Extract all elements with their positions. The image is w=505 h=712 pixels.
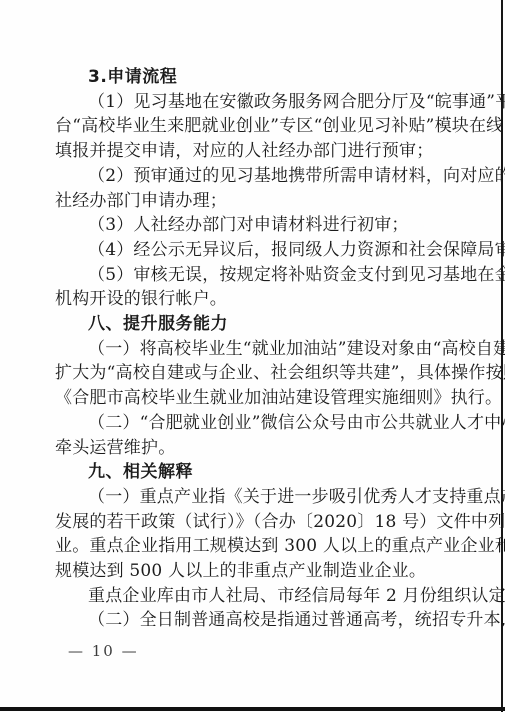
text-line: 机构开设的银行帐户。 — [55, 287, 467, 312]
text-line: 填报并提交申请，对应的人社经办部门进行预审； — [55, 139, 467, 164]
text-line: 八、提升服务能力 — [55, 312, 467, 337]
text-line: （一）将高校毕业生“就业加油站”建设对象由“高校自建” — [55, 337, 467, 362]
scan-edge-bottom — [0, 707, 505, 711]
text-line: 社经办部门申请办理； — [55, 189, 467, 214]
text-line: 台“高校毕业生来肥就业创业”专区“创业见习补贴”模块在线 — [55, 114, 467, 139]
text-line: 规模达到 500 人以上的非重点产业制造业企业。 — [55, 559, 467, 584]
page-number: — 10 — — [68, 642, 139, 660]
scanned-document-page: 3.申请流程（1）见习基地在安徽政务服务网合肥分厅及“皖事通”平台“高校毕业生来… — [0, 0, 505, 712]
text-line: 3.申请流程 — [55, 65, 467, 90]
text-line: 发展的若干政策（试行）》（合办〔2020〕18 号）文件中列举的产 — [55, 510, 467, 535]
text-line: （4）经公示无异议后，报同级人力资源和社会保障局审核； — [55, 238, 467, 263]
text-line: 九、相关解释 — [55, 460, 467, 485]
text-line: 业。重点企业指用工规模达到 300 人以上的重点产业企业和用工 — [55, 534, 467, 559]
text-line: 扩大为“高校自建或与企业、社会组织等共建”，具体操作按照 — [55, 361, 467, 386]
text-line: 《合肥市高校毕业生就业加油站建设管理实施细则》执行。 — [55, 386, 467, 411]
text-line: （一）重点产业指《关于进一步吸引优秀人才支持重点产业 — [55, 485, 467, 510]
scan-edge-right — [501, 0, 503, 712]
text-line: （2）预审通过的见习基地携带所需申请材料，向对应的人 — [55, 164, 467, 189]
text-line: 重点企业库由市人社局、市经信局每年 2 月份组织认定。 — [55, 584, 467, 609]
text-line: （3）人社经办部门对申请材料进行初审； — [55, 213, 467, 238]
text-line: （二）全日制普通高校是指通过普通高考，统招专升本,全日 — [55, 608, 467, 633]
text-line: （5）审核无误，按规定将补贴资金支付到见习基地在金融 — [55, 263, 467, 288]
document-body: 3.申请流程（1）见习基地在安徽政务服务网合肥分厅及“皖事通”平台“高校毕业生来… — [55, 65, 467, 633]
text-line: 牵头运营维护。 — [55, 436, 467, 461]
text-line: （二）“合肥就业创业”微信公众号由市公共就业人才中心 — [55, 411, 467, 436]
text-line: （1）见习基地在安徽政务服务网合肥分厅及“皖事通”平 — [55, 90, 467, 115]
